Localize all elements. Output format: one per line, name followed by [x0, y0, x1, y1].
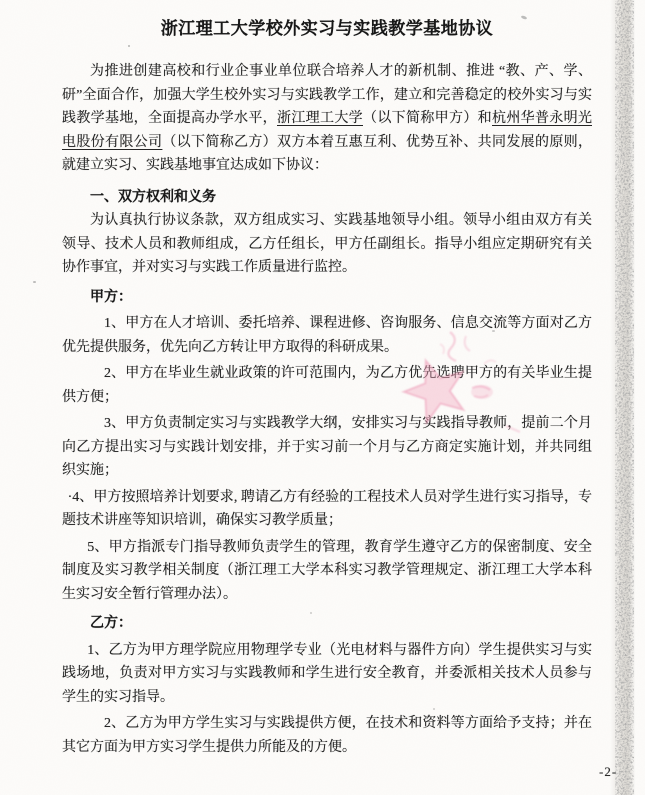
party-a-clause-1: 1、甲方在人才培训、委托培养、课程进修、咨询服务、信息交流等方面对乙方优先提供服…: [62, 312, 592, 359]
party-b-heading: 乙方：: [62, 612, 592, 636]
party-a-clause-3: 3、甲方负责制定实习与实践教学大纲，安排实习与实践指导教师，提前二个月向乙方提出…: [62, 412, 592, 483]
party-b-clause-2: 2、乙方为甲方学生实习与实践提供方便，在技术和资料等方面给予支持；并在其它方面为…: [62, 712, 592, 759]
document-body: 浙江理工大学校外实习与实践教学基地协议 为推进创建高校和行业企事业单位联合培养人…: [62, 16, 592, 759]
party-a-name-underlined: 浙江理工大学: [277, 111, 363, 126]
scan-speck: [33, 281, 36, 283]
page-number: -2-: [599, 764, 617, 780]
party-b-clause-1: 1、乙方为甲方理学院应用物理学专业（光电材料与器件方向）学生提供实习与实践场地，…: [62, 639, 592, 710]
scanner-edge-artifact: [610, 0, 640, 795]
intro-text-mid: （以下简称甲方）和: [363, 111, 492, 126]
intro-paragraph: 为推进创建高校和行业企事业单位联合培养人才的新机制、推进 “教、产、学、研”全面…: [62, 60, 592, 178]
section-1-heading: 一、双方权利和义务: [62, 186, 592, 210]
scanned-page: 浙江理工大学校外实习与实践教学基地协议 为推进创建高校和行业企事业单位联合培养人…: [0, 0, 645, 795]
party-a-clause-5: 5、甲方指派专门指导教师负责学生的管理，教育学生遵守乙方的保密制度、安全制度及实…: [62, 536, 592, 607]
document-title: 浙江理工大学校外实习与实践教学基地协议: [62, 16, 592, 41]
section-1-paragraph: 为认真执行协议条款，双方组成实习、实践基地领导小组。领导小组由双方有关领导、技术…: [62, 209, 592, 280]
party-a-clause-4: ·4、甲方按照培养计划要求, 聘请乙方有经验的工程技术人员对学生进行实习指导，专…: [62, 486, 592, 533]
party-a-heading: 甲方：: [62, 286, 592, 310]
party-a-clause-2: 2、甲方在毕业生就业政策的许可范围内，为乙方优先选聘甲方的有关毕业生提供方便；: [62, 362, 592, 409]
